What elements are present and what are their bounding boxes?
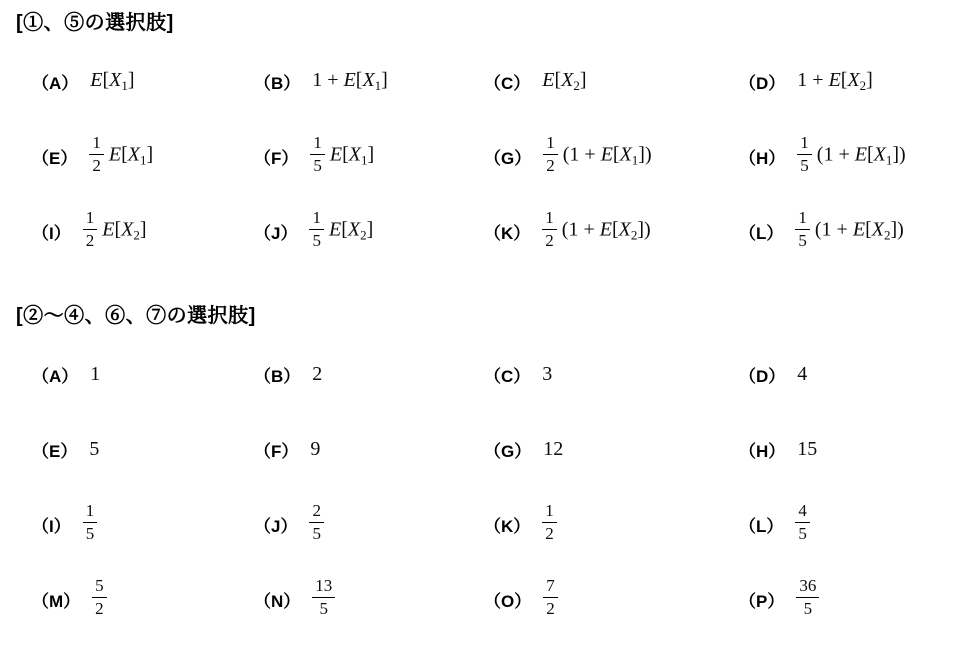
option-expression: 12	[542, 503, 562, 545]
option-label: （M）	[32, 587, 80, 612]
fraction-numerator: 1	[309, 208, 324, 229]
option-label: （F）	[254, 437, 298, 462]
math-text: ]	[146, 144, 153, 166]
option-expression: 72	[543, 578, 563, 620]
math-variable: E	[102, 219, 114, 241]
fraction: 12	[83, 208, 98, 250]
math-text: ]	[580, 69, 587, 91]
fraction: 45	[795, 501, 810, 543]
option-expression: 15(1 + E[X1])	[797, 135, 905, 177]
option-expression: 4	[797, 363, 807, 386]
fraction-numerator: 1	[310, 133, 325, 154]
fraction: 15	[309, 208, 324, 250]
choices-section: [①、⑤の選択肢]（A）E[X1]（B）1 + E[X1]（C）E[X2]（D）…	[16, 10, 953, 269]
fraction-denominator: 5	[309, 522, 324, 544]
section-title: [①、⑤の選択肢]	[16, 10, 953, 40]
math-variable: E	[855, 144, 867, 166]
option-expression: 9	[310, 438, 320, 461]
math-variable: X	[121, 219, 133, 241]
option-label: （A）	[32, 69, 78, 94]
option-expression: 365	[796, 578, 824, 620]
answer-option: （P）365	[739, 578, 953, 620]
answer-option: （L）15(1 + E[X2])	[739, 210, 953, 252]
option-row: （E）12E[X1]（F）15E[X1]（G）12(1 + E[X1])（H）1…	[16, 119, 953, 194]
answer-option: （B）1 + E[X1]	[254, 69, 484, 94]
fraction: 12	[542, 501, 557, 543]
fraction: 72	[543, 576, 558, 618]
option-row: （A）E[X1]（B）1 + E[X1]（C）E[X2]（D）1 + E[X2]	[16, 44, 953, 119]
fraction-denominator: 2	[89, 154, 104, 176]
answer-option: （H）15	[739, 437, 953, 462]
math-text: 15	[797, 438, 817, 460]
option-label: （N）	[254, 587, 300, 612]
math-variable: X	[348, 219, 360, 241]
option-row: （M）52（N）135（O）72（P）365	[16, 562, 953, 637]
answer-option: （N）135	[254, 578, 484, 620]
math-variable: X	[872, 219, 884, 241]
option-expression: 1 + E[X1]	[312, 69, 388, 94]
fraction-denominator: 5	[795, 229, 810, 251]
fraction: 135	[312, 576, 335, 618]
option-label: （K）	[484, 219, 530, 244]
math-text: ]	[128, 69, 135, 91]
math-text: [	[867, 144, 874, 166]
math-text: 4	[797, 363, 807, 385]
option-label: （G）	[484, 144, 531, 169]
math-variable: X	[362, 69, 374, 91]
fraction: 365	[796, 576, 819, 618]
math-variable: X	[349, 144, 361, 166]
option-expression: 12(1 + E[X1])	[543, 135, 651, 177]
math-text: [	[865, 219, 872, 241]
option-label: （O）	[484, 587, 531, 612]
fraction: 15	[797, 133, 812, 175]
answer-option: （I）12E[X2]	[32, 210, 254, 252]
option-expression: 52	[92, 578, 112, 620]
math-variable: E	[542, 69, 554, 91]
math-text: ])	[892, 144, 905, 166]
math-variable: E	[90, 69, 102, 91]
option-label: （G）	[484, 437, 531, 462]
option-label: （H）	[739, 437, 785, 462]
option-expression: 5	[89, 438, 99, 461]
math-variable: E	[344, 69, 356, 91]
fraction-numerator: 2	[309, 501, 324, 522]
fraction-numerator: 5	[92, 576, 107, 597]
answer-option: （J）25	[254, 503, 484, 545]
option-expression: 3	[542, 363, 552, 386]
option-label: （E）	[32, 144, 77, 169]
option-label: （C）	[484, 69, 530, 94]
math-text: 12	[543, 438, 563, 460]
option-label: （D）	[739, 69, 785, 94]
math-text: ]	[140, 219, 147, 241]
math-text: ]	[381, 69, 388, 91]
option-expression: 1 + E[X2]	[797, 69, 873, 94]
option-rows: （A）1（B）2（C）3（D）4（E）5（F）9（G）12（H）15（I）15（…	[16, 337, 953, 637]
fraction-denominator: 5	[83, 522, 98, 544]
fraction: 12	[543, 133, 558, 175]
answer-option: （E）5	[32, 437, 254, 462]
option-label: （E）	[32, 437, 77, 462]
math-variable: E	[330, 144, 342, 166]
option-label: （I）	[32, 512, 71, 537]
option-expression: E[X2]	[542, 69, 586, 94]
fraction-denominator: 2	[92, 597, 107, 619]
math-text: (1 +	[815, 219, 853, 241]
option-rows: （A）E[X1]（B）1 + E[X1]（C）E[X2]（D）1 + E[X2]…	[16, 44, 953, 269]
fraction-denominator: 2	[543, 154, 558, 176]
fraction-numerator: 1	[542, 501, 557, 522]
answer-option: （G）12	[484, 437, 739, 462]
option-expression: E[X1]	[90, 69, 134, 94]
option-expression: 45	[795, 503, 815, 545]
answer-option: （A）1	[32, 362, 254, 387]
option-expression: 15E[X1]	[310, 135, 374, 177]
answer-option: （D）4	[739, 362, 953, 387]
fraction-numerator: 36	[796, 576, 819, 597]
fraction-numerator: 1	[83, 501, 98, 522]
math-text: (1 +	[562, 219, 600, 241]
fraction: 25	[309, 501, 324, 543]
option-label: （I）	[32, 219, 71, 244]
math-variable: E	[853, 219, 865, 241]
math-variable: E	[600, 219, 612, 241]
option-expression: 12(1 + E[X2])	[542, 210, 650, 252]
math-text: [	[612, 219, 619, 241]
math-text: 9	[310, 438, 320, 460]
fraction: 12	[89, 133, 104, 175]
math-variable: X	[619, 219, 631, 241]
answer-option: （A）E[X1]	[32, 69, 254, 94]
fraction-numerator: 1	[795, 208, 810, 229]
answer-option: （K）12	[484, 503, 739, 545]
fraction-numerator: 7	[543, 576, 558, 597]
fraction: 12	[542, 208, 557, 250]
answer-option: （L）45	[739, 503, 953, 545]
fraction: 52	[92, 576, 107, 618]
fraction-denominator: 5	[312, 597, 335, 619]
math-variable: X	[847, 69, 859, 91]
fraction-numerator: 4	[795, 501, 810, 522]
option-row: （E）5（F）9（G）12（H）15	[16, 412, 953, 487]
option-row: （I）15（J）25（K）12（L）45	[16, 487, 953, 562]
option-expression: 1	[90, 363, 100, 386]
option-label: （P）	[739, 587, 784, 612]
fraction-numerator: 1	[89, 133, 104, 154]
option-label: （H）	[739, 144, 785, 169]
fraction-numerator: 1	[797, 133, 812, 154]
option-row: （A）1（B）2（C）3（D）4	[16, 337, 953, 412]
option-expression: 12	[543, 438, 563, 461]
option-label: （B）	[254, 362, 300, 387]
answer-option: （O）72	[484, 578, 739, 620]
option-row: （I）12E[X2]（J）15E[X2]（K）12(1 + E[X2])（L）1…	[16, 194, 953, 269]
fraction-denominator: 5	[310, 154, 325, 176]
math-text: (1 +	[817, 144, 855, 166]
answer-option: （C）E[X2]	[484, 69, 739, 94]
answer-option: （H）15(1 + E[X1])	[739, 135, 953, 177]
option-expression: 2	[312, 363, 322, 386]
math-text: ]	[368, 144, 375, 166]
answer-choices-sheet: [①、⑤の選択肢]（A）E[X1]（B）1 + E[X1]（C）E[X2]（D）…	[0, 0, 953, 637]
option-label: （K）	[484, 512, 530, 537]
fraction-numerator: 1	[542, 208, 557, 229]
math-variable: E	[829, 69, 841, 91]
fraction-denominator: 2	[543, 597, 558, 619]
fraction-denominator: 5	[796, 597, 819, 619]
math-text: (1 +	[563, 144, 601, 166]
math-text: 1 +	[312, 69, 343, 91]
option-expression: 25	[309, 503, 329, 545]
fraction-denominator: 2	[542, 229, 557, 251]
answer-option: （B）2	[254, 362, 484, 387]
answer-option: （D）1 + E[X2]	[739, 69, 953, 94]
fraction-numerator: 13	[312, 576, 335, 597]
fraction: 15	[83, 501, 98, 543]
math-text: 3	[542, 363, 552, 385]
answer-option: （C）3	[484, 362, 739, 387]
math-text: 2	[312, 363, 322, 385]
section-title: [②～④、⑥、⑦の選択肢]	[16, 303, 953, 333]
math-variable: E	[109, 144, 121, 166]
answer-option: （J）15E[X2]	[254, 210, 484, 252]
option-expression: 135	[312, 578, 340, 620]
math-text: ])	[890, 219, 903, 241]
choices-section: [②～④、⑥、⑦の選択肢]（A）1（B）2（C）3（D）4（E）5（F）9（G）…	[16, 303, 953, 637]
option-label: （J）	[254, 219, 297, 244]
answer-option: （E）12E[X1]	[32, 135, 254, 177]
math-variable: E	[601, 144, 613, 166]
answer-option: （F）9	[254, 437, 484, 462]
answer-option: （F）15E[X1]	[254, 135, 484, 177]
option-label: （F）	[254, 144, 298, 169]
math-text: 5	[89, 438, 99, 460]
math-text: ])	[638, 144, 651, 166]
fraction-denominator: 5	[795, 522, 810, 544]
fraction-numerator: 1	[83, 208, 98, 229]
math-variable: X	[561, 69, 573, 91]
answer-option: （I）15	[32, 503, 254, 545]
math-text: [	[121, 144, 128, 166]
option-expression: 15(1 + E[X2])	[795, 210, 903, 252]
option-expression: 15E[X2]	[309, 210, 373, 252]
math-text: ]	[866, 69, 873, 91]
math-variable: X	[128, 144, 140, 166]
option-label: （L）	[739, 512, 783, 537]
math-text: [	[613, 144, 620, 166]
option-expression: 12E[X2]	[83, 210, 147, 252]
option-expression: 15	[797, 438, 817, 461]
fraction-denominator: 2	[83, 229, 98, 251]
fraction-denominator: 5	[797, 154, 812, 176]
fraction-denominator: 2	[542, 522, 557, 544]
math-text: 1	[90, 363, 100, 385]
option-expression: 15	[83, 503, 103, 545]
option-expression: 12E[X1]	[89, 135, 153, 177]
math-variable: X	[620, 144, 632, 166]
option-label: （C）	[484, 362, 530, 387]
option-label: （D）	[739, 362, 785, 387]
math-variable: X	[874, 144, 886, 166]
math-text: ]	[367, 219, 374, 241]
option-label: （L）	[739, 219, 783, 244]
math-text: [	[342, 144, 349, 166]
math-text: ])	[637, 219, 650, 241]
fraction: 15	[795, 208, 810, 250]
option-label: （A）	[32, 362, 78, 387]
math-text: [	[341, 219, 348, 241]
option-label: （B）	[254, 69, 300, 94]
fraction-numerator: 1	[543, 133, 558, 154]
math-variable: X	[109, 69, 121, 91]
option-label: （J）	[254, 512, 297, 537]
answer-option: （K）12(1 + E[X2])	[484, 210, 739, 252]
math-text: 1 +	[797, 69, 828, 91]
fraction-denominator: 5	[309, 229, 324, 251]
answer-option: （G）12(1 + E[X1])	[484, 135, 739, 177]
fraction: 15	[310, 133, 325, 175]
answer-option: （M）52	[32, 578, 254, 620]
math-variable: E	[329, 219, 341, 241]
